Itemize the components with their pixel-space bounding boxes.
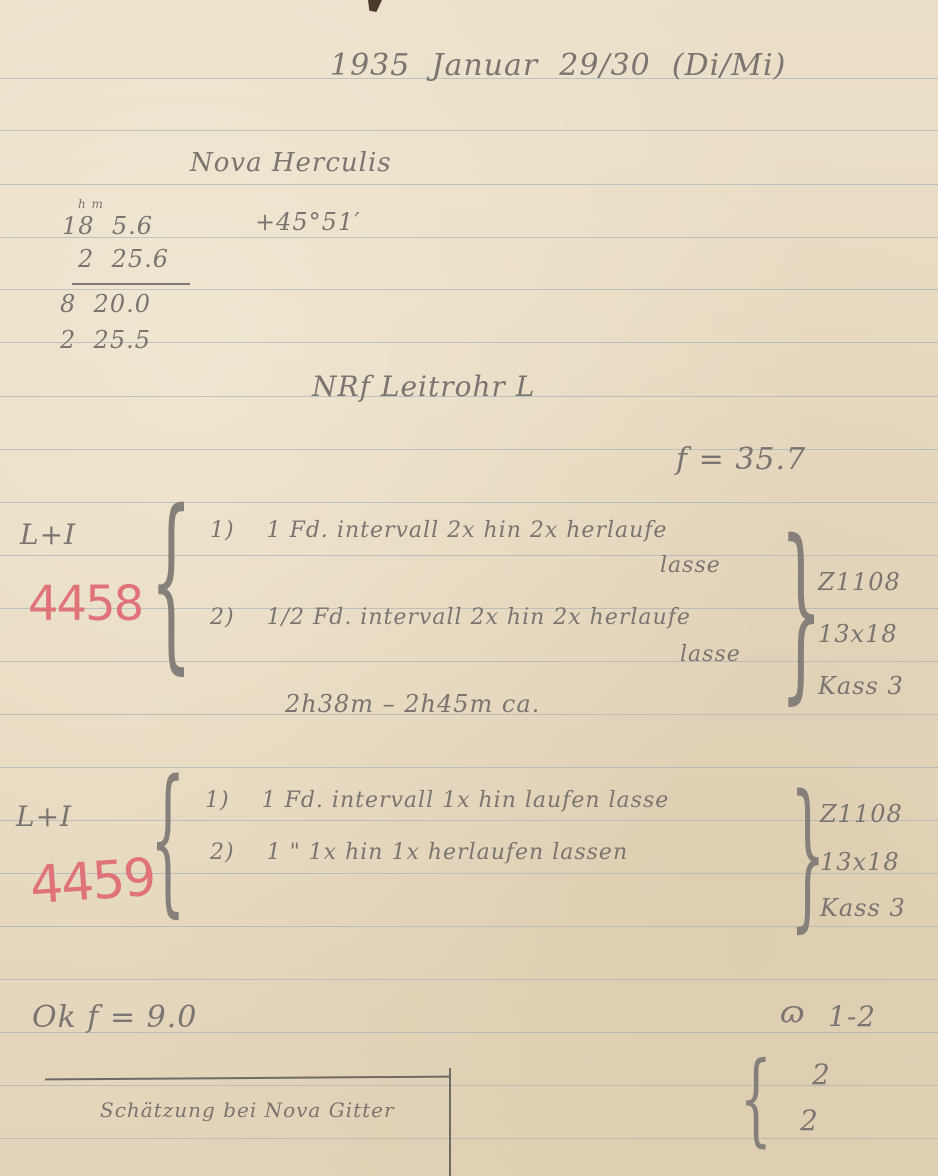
focal-length: f = 35.7 (676, 442, 806, 477)
weekday-annotation: (Di/Mi) (672, 48, 786, 83)
note-box-top (45, 1076, 450, 1081)
instrument-title: NRf Leitrohr L (312, 370, 535, 403)
cassette: Kass 3 (818, 672, 904, 700)
ra-units: h m (78, 197, 104, 211)
boxed-note: Schätzung bei Nova Gitter (100, 1098, 395, 1122)
day-fraction: 29/30 (559, 48, 650, 83)
ruled-line (0, 184, 938, 185)
item-number: 1) (210, 518, 235, 543)
scale-value: 1-2 (828, 1000, 876, 1033)
month: Januar (431, 48, 538, 83)
item-number: 2) (210, 840, 235, 865)
ra-minutes: 25.5 (94, 326, 151, 354)
exposure-time: 2h38m – 2h45m ca. (285, 690, 540, 718)
ra-hours: 2 (60, 326, 76, 354)
ruled-line (0, 1085, 938, 1086)
ra-hours: 8 (60, 290, 76, 318)
entry-item: 2) 1/2 Fd. intervall 2x hin 2x herlaufe (210, 605, 691, 630)
date-header: 1935 Januar 29/30 (Di/Mi) (330, 48, 786, 83)
ra-hours: 18 (62, 212, 95, 240)
note-box-right (449, 1068, 451, 1176)
scale-value: 2 (812, 1058, 831, 1091)
item-text: 1/2 Fd. intervall 2x hin 2x herlaufe (267, 605, 691, 630)
notebook-page: 1935 Januar 29/30 (Di/Mi) Nova Herculis … (0, 0, 938, 1176)
scale-value: 2 (800, 1104, 819, 1137)
plate-type: Z1108 (818, 568, 901, 596)
declination: +45°51′ (255, 208, 361, 236)
year: 1935 (330, 48, 410, 83)
item-text: 1 Fd. intervall 2x hin 2x herlaufe (267, 518, 668, 543)
ra-hours: 2 (78, 245, 94, 273)
ra-line-4: 2 25.5 (60, 326, 151, 354)
ocular-focal: Ok f = 9.0 (32, 1000, 197, 1035)
plate-type: Z1108 (820, 800, 903, 828)
entry-item: 1) 1 Fd. intervall 2x hin 2x herlaufe (210, 518, 667, 543)
left-brace-icon: { (150, 470, 192, 691)
item-text: 1 " 1x hin 1x herlaufen lassen (267, 840, 629, 865)
item-continuation: lasse (660, 553, 721, 578)
ra-minutes: 25.6 (112, 245, 169, 273)
object-name: Nova Herculis (190, 148, 392, 178)
ra-minutes: 20.0 (94, 290, 151, 318)
plate-number: 4459 (28, 848, 156, 917)
ruled-line (0, 130, 938, 131)
item-number: 2) (210, 605, 235, 630)
entry-label: L+I (20, 518, 76, 551)
ra-line-3: 8 20.0 (60, 290, 151, 318)
right-brace-icon: } (780, 500, 822, 721)
plate-size: 13x18 (820, 848, 900, 876)
cassette: Kass 3 (820, 894, 906, 922)
left-brace-icon: { (150, 745, 186, 932)
ra-line-2: 2 25.6 (78, 245, 169, 273)
sum-underline (72, 283, 190, 285)
item-text: 1 Fd. intervall 1x hin laufen lasse (262, 788, 670, 813)
item-number: 1) (205, 788, 230, 813)
ra-line-1: 18 5.6 (62, 212, 153, 240)
plate-size: 13x18 (818, 620, 898, 648)
entry-label: L+I (16, 800, 72, 833)
entry-item: 1) 1 Fd. intervall 1x hin laufen lasse (205, 788, 669, 813)
ruled-line (0, 1138, 938, 1139)
scale-symbol-icon: ɷ (780, 995, 806, 1030)
entry-item: 2) 1 " 1x hin 1x herlaufen lassen (210, 840, 628, 865)
page-tear-mark (368, 0, 382, 12)
plate-number: 4458 (28, 576, 142, 632)
ra-minutes: 5.6 (112, 212, 153, 240)
item-continuation: lasse (680, 642, 741, 667)
left-brace-icon: { (740, 1040, 772, 1157)
ruled-line (0, 979, 938, 980)
